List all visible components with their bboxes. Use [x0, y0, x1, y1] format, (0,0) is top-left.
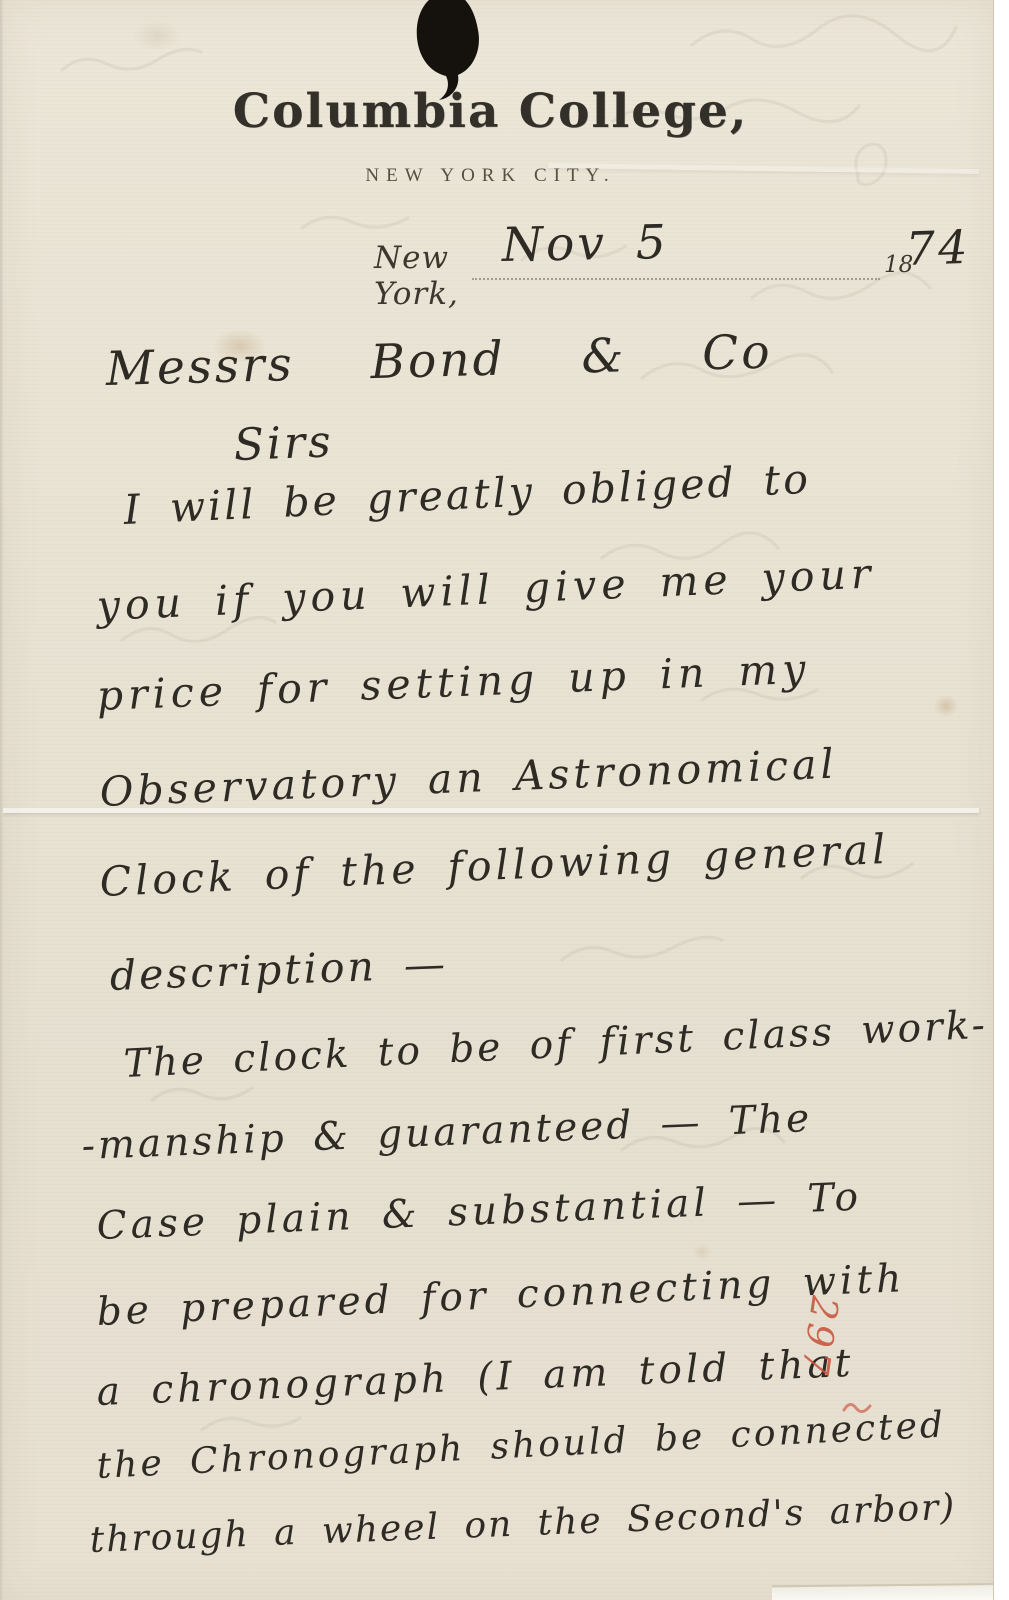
dateline-place: New York, — [374, 240, 459, 312]
handwritten-line-salutation: Sirs — [233, 416, 335, 471]
letterhead-city: NEW YORK CITY. — [2, 165, 979, 187]
letter-paper: Columbia College, NEW YORK CITY. New Yor… — [2, 0, 994, 1600]
letterhead: Columbia College, NEW YORK CITY. — [2, 84, 979, 187]
letterhead-institution: Columbia College, — [2, 84, 979, 139]
scan-edge-bottom — [772, 1583, 996, 1600]
red-pencil-mark — [842, 1398, 874, 1416]
scan-border-right — [993, 0, 1009, 1600]
dateline-handwritten-year: 74 — [905, 220, 971, 276]
dateline-handwritten-date: Nov 5 — [501, 215, 669, 273]
scanned-letter: Columbia College, NEW YORK CITY. New Yor… — [0, 0, 1009, 1600]
scan-border-left — [0, 0, 3, 1600]
